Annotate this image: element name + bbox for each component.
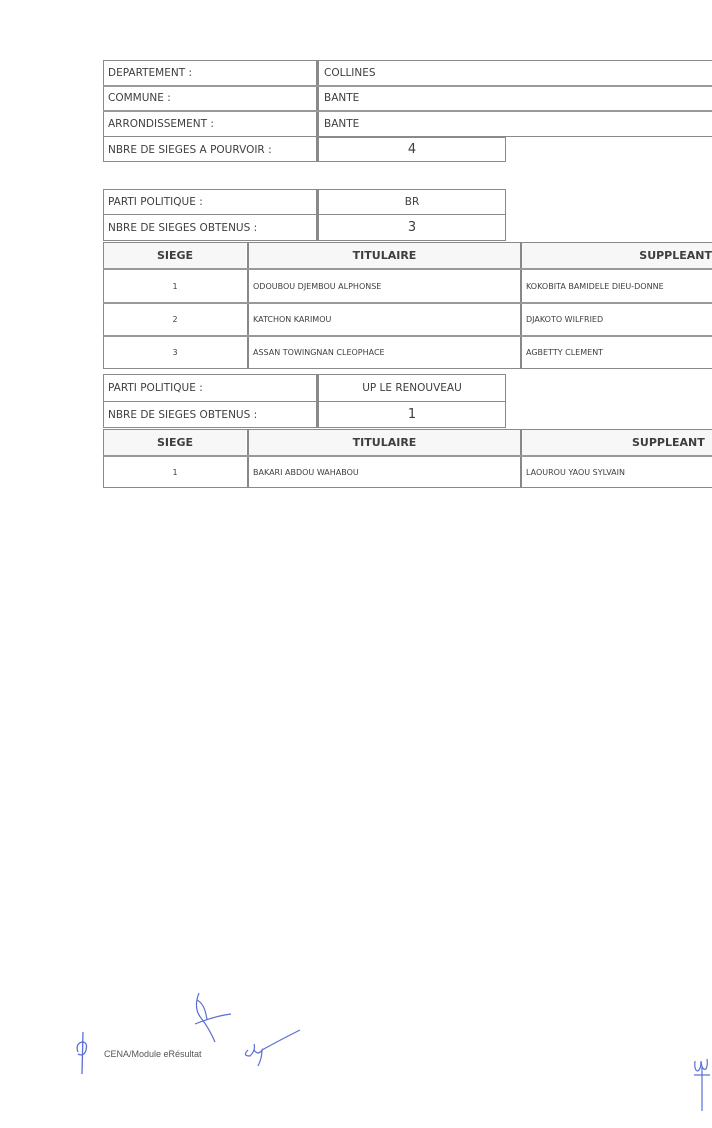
column-header-suppleant: SUPPLEANT (522, 430, 712, 455)
titulaire-cell: ODOUBOU DJEMBOU ALPHONSE (249, 270, 519, 302)
sieges-label: NBRE DE SIEGES A POURVOIR : (104, 137, 314, 162)
signature-mark-center (185, 990, 235, 1050)
commune-label: COMMUNE : (104, 86, 314, 110)
column-header-suppleant: SUPPLEANT (522, 243, 712, 268)
siege-cell: 1 (104, 270, 246, 302)
signature-mark-left (74, 1030, 90, 1076)
sieges-value: 4 (319, 137, 505, 162)
parti-value: BR (319, 190, 505, 214)
arrondissement-value: BANTE (319, 111, 709, 136)
column-header-siege: SIEGE (104, 243, 246, 268)
signature-initials (692, 1055, 712, 1113)
suppleant-cell: KOKOBITA BAMIDELE DIEU-DONNE (522, 270, 712, 302)
suppleant-cell: LAOUROU YAOU SYLVAIN (522, 457, 712, 487)
signature-mark-right (240, 1020, 302, 1070)
column-header-titulaire: TITULAIRE (249, 430, 520, 455)
parti-value: UP LE RENOUVEAU (319, 375, 505, 401)
siege-cell: 2 (104, 304, 246, 335)
parti-label: PARTI POLITIQUE : (104, 190, 314, 214)
obtenus-value: 3 (319, 215, 505, 240)
titulaire-cell: ASSAN TOWINGNAN CLEOPHACE (249, 337, 519, 368)
obtenus-label: NBRE DE SIEGES OBTENUS : (104, 402, 314, 427)
module-label: CENA/Module eRésultat (104, 1049, 202, 1059)
column-header-suppleant-text: SUPPLEANT (639, 249, 712, 262)
titulaire-cell: KATCHON KARIMOU (249, 304, 519, 335)
siege-cell: 1 (104, 457, 246, 487)
suppleant-cell: AGBETTY CLEMENT (522, 337, 712, 368)
divider (316, 189, 318, 241)
obtenus-label: NBRE DE SIEGES OBTENUS : (104, 215, 314, 240)
column-header-titulaire: TITULAIRE (249, 243, 520, 268)
commune-value: BANTE (319, 86, 709, 110)
parti-label: PARTI POLITIQUE : (104, 375, 314, 401)
arrondissement-label: ARRONDISSEMENT : (104, 111, 314, 136)
column-header-suppleant-text: SUPPLEANT (632, 436, 705, 449)
suppleant-cell: DJAKOTO WILFRIED (522, 304, 712, 335)
departement-value: COLLINES (319, 61, 709, 85)
departement-label: DEPARTEMENT : (104, 61, 314, 85)
column-header-siege: SIEGE (104, 430, 246, 455)
siege-cell: 3 (104, 337, 246, 368)
obtenus-value: 1 (319, 402, 505, 427)
titulaire-cell: BAKARI ABDOU WAHABOU (249, 457, 519, 487)
